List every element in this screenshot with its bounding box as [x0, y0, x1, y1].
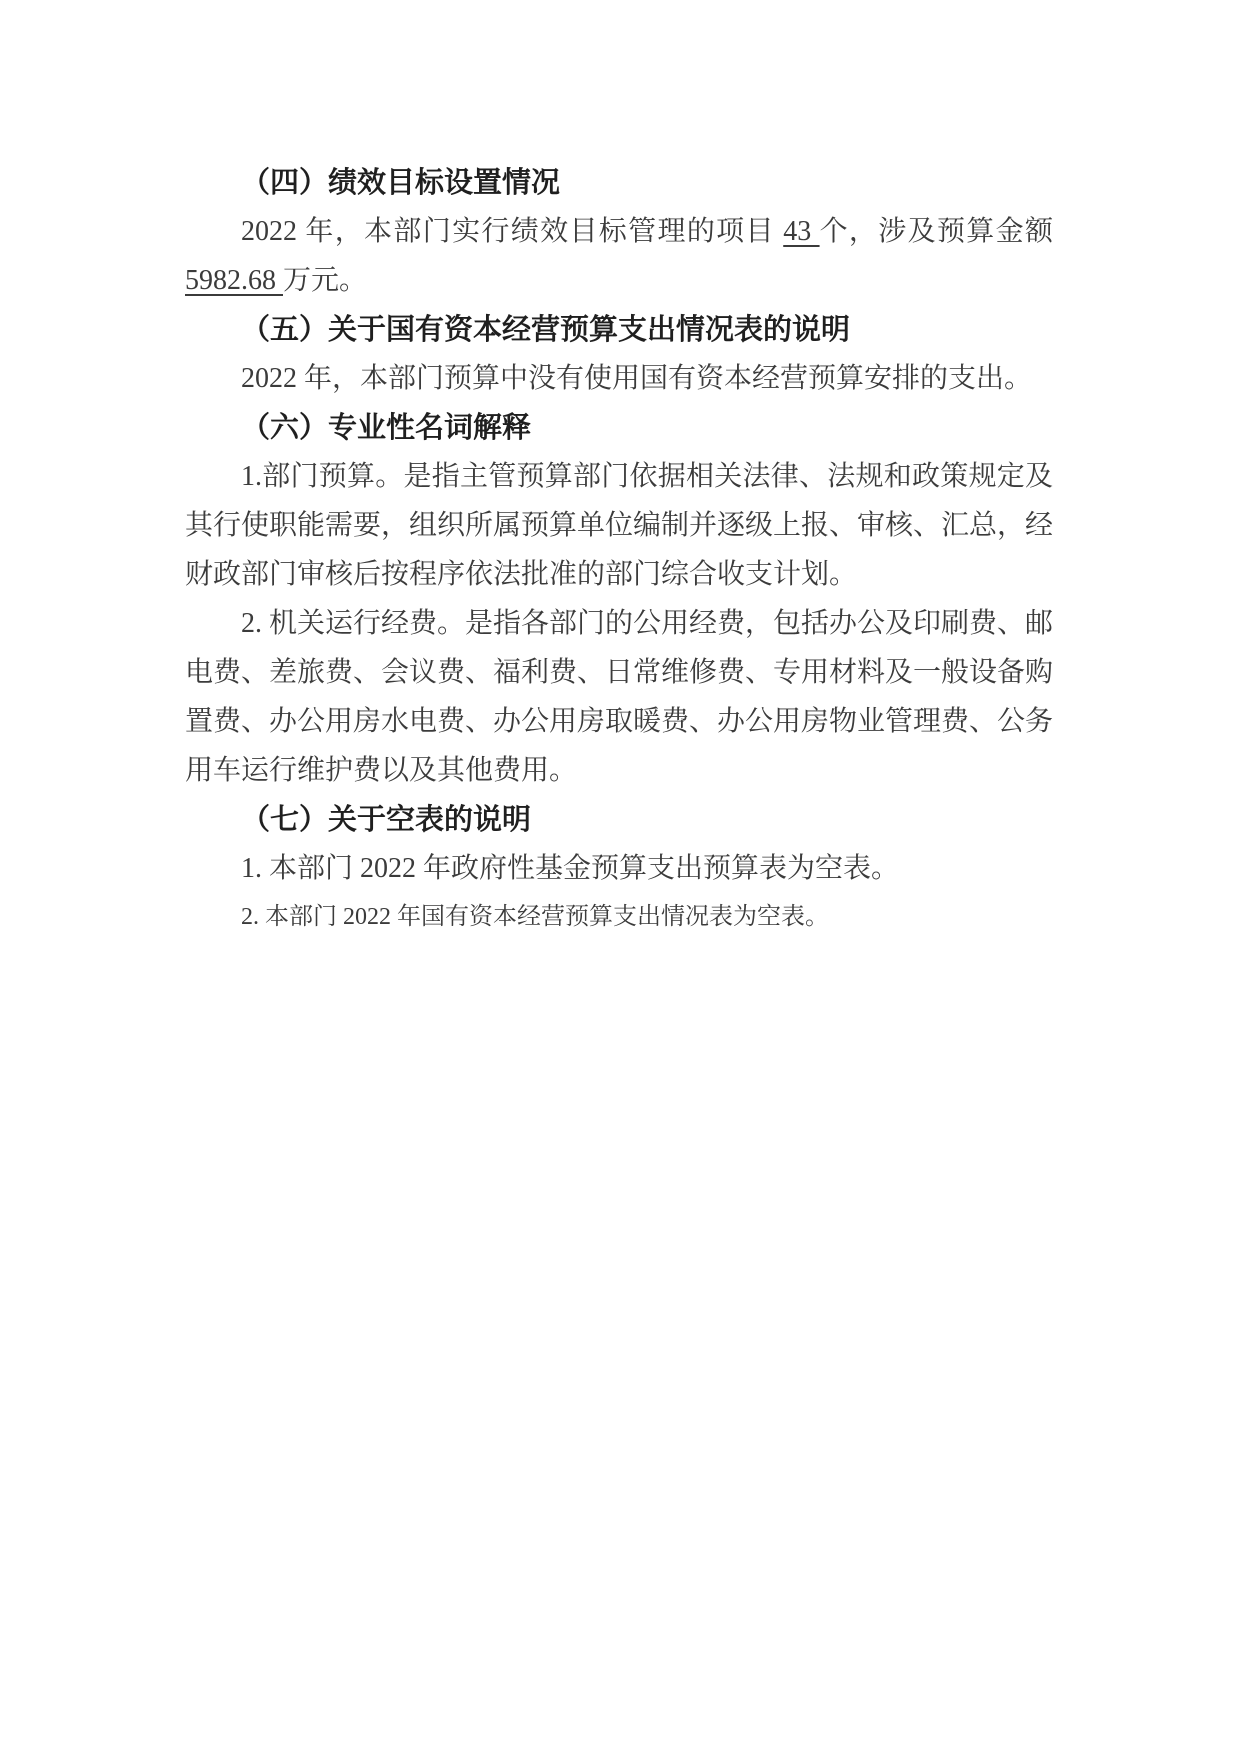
paragraph-state-capital-budget-note: 2022 年，本部门预算中没有使用国有资本经营预算安排的支出。 [185, 354, 1053, 403]
document-page: （四）绩效目标设置情况 2022 年，本部门实行绩效目标管理的项目 43 个，涉… [0, 0, 1241, 1754]
paragraph-term-department-budget: 1.部门预算。是指主管预算部门依据相关法律、法规和政策规定及其行使职能需要，组织… [185, 452, 1053, 599]
project-count-value: 43 [783, 216, 819, 247]
paragraph-empty-table-government-fund: 1. 本部门 2022 年政府性基金预算支出预算表为空表。 [185, 844, 1053, 893]
section-heading-performance-targets: （四）绩效目标设置情况 [185, 158, 1053, 207]
budget-amount-value: 5982.68 [185, 265, 283, 296]
paragraph-empty-table-state-capital: 2. 本部门 2022 年国有资本经营预算支出情况表为空表。 [185, 893, 1053, 942]
text-run: 万元。 [283, 265, 367, 296]
text-run: 个，涉及预算金额 [820, 216, 1053, 247]
paragraph-term-operating-expenses: 2. 机关运行经费。是指各部门的公用经费，包括办公及印刷费、邮电费、差旅费、会议… [185, 599, 1053, 795]
section-heading-state-capital-budget-note: （五）关于国有资本经营预算支出情况表的说明 [185, 305, 1053, 354]
text-run: 2022 年，本部门实行绩效目标管理的项目 [241, 216, 783, 247]
section-heading-empty-tables: （七）关于空表的说明 [185, 795, 1053, 844]
section-heading-terminology: （六）专业性名词解释 [185, 403, 1053, 452]
paragraph-performance-targets: 2022 年，本部门实行绩效目标管理的项目 43 个，涉及预算金额 5982.6… [185, 207, 1053, 305]
